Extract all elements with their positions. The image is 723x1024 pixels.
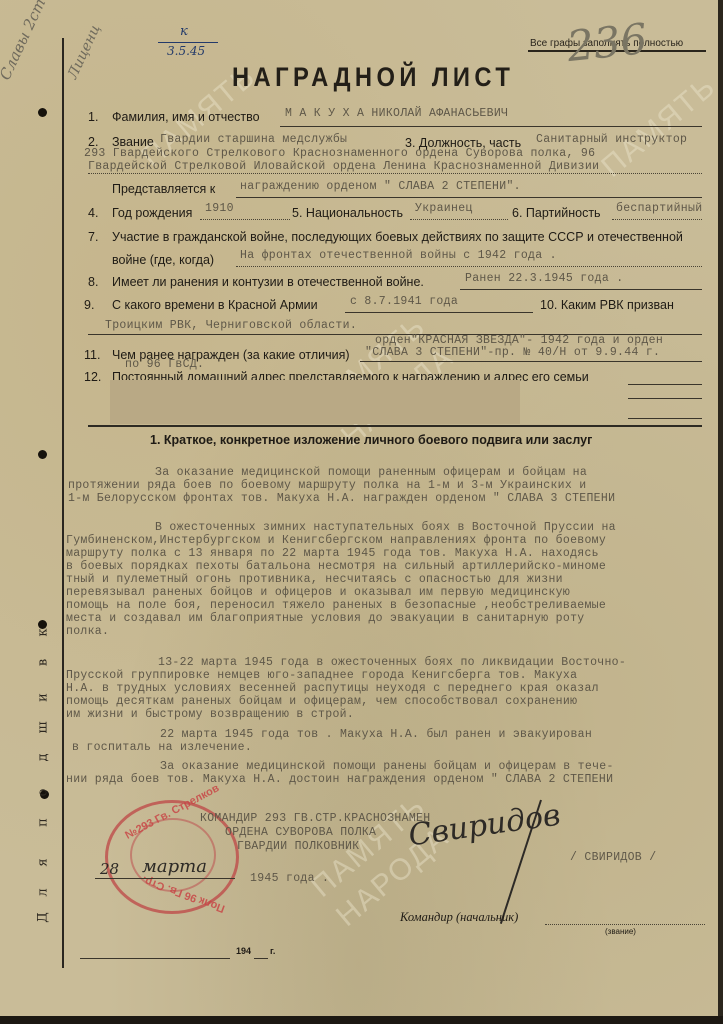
redacted-address [110, 380, 520, 424]
handwritten-sheet-number: 236 [565, 14, 650, 71]
narrative-line: Гумбиненском,Инстербургском и Кенигсберг… [66, 534, 606, 547]
narrative-line: полка. [66, 625, 109, 638]
commander-label: Командир (начальник) [400, 910, 518, 925]
award-sheet-page: ПАМЯТЬ ПАМЯТЬ ПАМЯТЬ НАРОДА ПАМЯТЬ НАРОД… [0, 0, 718, 1016]
field-9-rule [345, 312, 533, 313]
narrative-line: помощь на поле боя, переносил тяжело ран… [66, 599, 606, 612]
commander-title-line-1: КОМАНДИР 293 ГВ.СТР.КРАСНОЗНАМЕН [200, 812, 430, 825]
registration-divider [158, 42, 218, 43]
handwritten-note: Славы 2ст [0, 0, 49, 83]
field-12-number: 12. [84, 370, 101, 384]
field-5-rule [410, 219, 508, 220]
scan-edge-right [718, 0, 723, 1024]
registration-date: 3.5.45 [167, 44, 205, 58]
narrative-line: в госпиталь на излечение. [72, 741, 252, 754]
field-1-rule [280, 126, 702, 127]
rank-caption: (звание) [605, 927, 636, 936]
field-11-number: 11. [84, 348, 100, 362]
date-year: 1945 года . [250, 872, 329, 885]
narrative-line: тный и пулеметный огонь противника, несч… [66, 573, 563, 586]
date-month: марта [142, 856, 207, 877]
margin-line [62, 38, 64, 968]
field-7-label: Участие в гражданской войне, последующих… [112, 230, 683, 244]
section-divider [88, 425, 702, 427]
field-4-rule [200, 219, 290, 220]
field-7-number: 7. [88, 230, 98, 244]
blank-date-rule [80, 958, 230, 959]
field-3-rule [88, 173, 702, 174]
field-8-label: Имеет ли ранения и контузии в отечествен… [112, 275, 424, 289]
narrative-line: маршруту полка с 13 января по 22 марта 1… [66, 547, 599, 560]
army-since-value: с 8.7.1941 года [350, 295, 458, 308]
narrative-line: Прусской группировке немцев юго-западнее… [66, 669, 577, 682]
field-4-number: 4. [88, 206, 98, 220]
wounds-value: Ранен 22.3.1945 года . [465, 272, 623, 285]
scan-edge-bottom [0, 1016, 723, 1024]
nomination-label: Представляется к [112, 182, 215, 196]
blank-date-suffix: г. [270, 946, 275, 956]
commander-title-line-3: ГВАРДИИ ПОЛКОВНИК [237, 840, 359, 853]
party-value: беспартийный [616, 202, 702, 215]
document-title: НАГРАДНОЙ ЛИСТ [232, 62, 514, 93]
nationality-value: Украинец [415, 202, 473, 215]
position-value: Санитарный инструктор [536, 133, 687, 146]
narrative-line: нии ряда боев тов. Макуха Н.А. достоин н… [66, 773, 613, 786]
blank-date-prefix: 194 [236, 946, 251, 956]
field-7-rule [236, 266, 702, 267]
field-6-rule [612, 219, 702, 220]
war-participation-value: На фронтах отечественной войны с 1942 го… [240, 249, 557, 262]
narrative-line: За оказание медицинской помощи раненным … [155, 466, 587, 479]
field-6-label: 6. Партийность [512, 206, 601, 220]
field-7-label-cont: войне (где, когда) [112, 253, 214, 267]
punch-hole [38, 108, 47, 117]
field-10-label: 10. Каким РВК призван [540, 298, 674, 312]
narrative-line: протяжении ряда боев по боевому маршруту… [68, 479, 586, 492]
rank-value: Гвардии старшина медслужбы [160, 133, 347, 146]
narrative-line: Н.А. в трудных условиях весенней распути… [66, 682, 599, 695]
draft-office-value: Троицким РВК, Черниговской области. [105, 319, 357, 332]
unit-value-line-1: 293 Гвардейского Стрелкового Краснознаме… [84, 147, 595, 160]
field-9-number: 9. [84, 298, 94, 312]
field-1-number: 1. [88, 110, 98, 124]
blank-date-year-rule [254, 958, 268, 959]
field-1-label: Фамилия, имя и отчество [112, 110, 260, 124]
narrative-line: За оказание медицинской помощи ранены бо… [160, 760, 614, 773]
watermark: ПАМЯТЬ [595, 70, 718, 185]
field-12-rule [628, 384, 702, 385]
section-1-heading: 1. Краткое, конкретное изложение личного… [150, 433, 592, 447]
birth-year-value: 1910 [205, 202, 234, 215]
narrative-line: 1-м Белорусском фронтах тов. Макуха Н.А.… [68, 492, 615, 505]
narrative-line: им жизни и быстрому возвращению в строй. [66, 708, 354, 721]
full-name-value: М А К У Х А НИКОЛАЙ АФАНАСЬЕВИЧ [285, 107, 508, 120]
narrative-line: помощь десяткам раненых бойцам и офицера… [66, 695, 577, 708]
narrative-line: 13-22 марта 1945 года в ожесточенных боя… [158, 656, 626, 669]
commander-title-line-2: ОРДЕНА СУВОРОВА ПОЛКА [225, 826, 376, 839]
field-12-rule [628, 398, 702, 399]
narrative-line: В ожесточенных зимних наступательных боя… [155, 521, 616, 534]
side-label-for-binding: Д л я п о д ш и в к [36, 300, 56, 940]
handwritten-note: Лиценц [65, 22, 104, 81]
field-8-number: 8. [88, 275, 98, 289]
signer-name: / СВИРИДОВ / [570, 851, 656, 864]
field-9-label: С какого времени в Красной Армии [112, 298, 318, 312]
field-8-rule [460, 289, 702, 290]
nomination-value: награждению орденом " СЛАВА 2 СТЕПЕНИ". [240, 180, 521, 193]
narrative-line: в боевых порядках пехоты батальона несмо… [66, 560, 606, 573]
field-5-label: 5. Национальность [292, 206, 403, 220]
rank-rule [545, 924, 705, 925]
nomination-rule [236, 197, 702, 198]
registration-mark-top: к [180, 24, 188, 39]
date-rule [95, 878, 235, 879]
field-4-label: Год рождения [112, 206, 192, 220]
date-day: 28 [100, 860, 119, 878]
field-12-rule [628, 418, 702, 419]
narrative-line: места и создавал им благоприятные услови… [66, 612, 584, 625]
narrative-line: перевязывал раненых бойцов и офицеров и … [66, 586, 570, 599]
prior-awards-value-2: "СЛАВА 3 СТЕПЕНИ"-пр. № 40/Н от 9.9.44 г… [365, 346, 660, 359]
narrative-line: 22 марта 1945 года тов . Макуха Н.А. был… [160, 728, 592, 741]
field-11-rule [360, 361, 702, 362]
unit-value-line-2: Гвардейской Стрелковой Иловайской ордена… [88, 160, 599, 173]
